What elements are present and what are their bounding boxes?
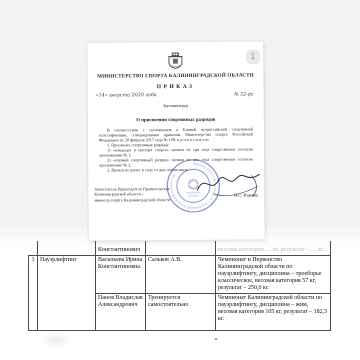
athlete-name-cell: Панов Владислав Александрович	[96, 293, 146, 330]
order-label: ПРИКАЗ	[88, 83, 264, 90]
table-row-partial: Константинович весовая категория … кг, р…	[29, 241, 331, 255]
athlete-name-cell: Константинович	[96, 241, 146, 255]
coat-of-arms-icon	[165, 52, 185, 70]
result-cell: Чемпионат Калининградской области по пау…	[216, 293, 331, 330]
document-page: МИНИСТЕРСТВО СПОРТА КАЛИНИНГРАДСКОЙ ОБЛА…	[87, 41, 264, 240]
city-label: Калининград	[88, 102, 264, 108]
coach-cell: Тренируется самостоятельно	[146, 293, 216, 330]
row-number-cell	[29, 241, 38, 255]
coach-cell: Сальков А.В.	[146, 255, 216, 293]
row-number-cell: 3	[29, 255, 38, 330]
table-row: 3 Пауэрлифтинг Васильева Ирина Константи…	[29, 255, 331, 293]
discipline-cell	[38, 241, 96, 255]
coach-cell	[146, 241, 216, 255]
result-cell: весовая категория … кг, результат – … кг…	[216, 241, 331, 255]
order-paragraph: В соответствии с положением о Единой все…	[99, 126, 253, 142]
page-curl-shadow	[40, 330, 72, 350]
result-cell: Чемпионат и Первенство Калининградской о…	[216, 255, 331, 293]
order-date: «14» августа 2020 года	[96, 93, 157, 98]
order-subject: О присвоении спортивных разрядов	[88, 117, 264, 123]
page-number-badge[interactable]: 1	[246, 50, 260, 64]
ministry-title: МИНИСТЕРСТВО СПОРТА КАЛИНИНГРАДСКОЙ ОБЛА…	[92, 73, 260, 79]
discipline-cell: Пауэрлифтинг	[38, 255, 96, 330]
order-number: № 52-рс	[234, 92, 254, 97]
result-fragment: весовая категория … кг, результат – … кг…	[218, 247, 324, 253]
signature-icon	[195, 165, 265, 201]
athlete-name-cell: Васильева Ирина Константиновна	[96, 255, 146, 293]
scan-speck	[215, 338, 217, 340]
appendix-table: Константинович весовая категория … кг, р…	[28, 241, 331, 331]
